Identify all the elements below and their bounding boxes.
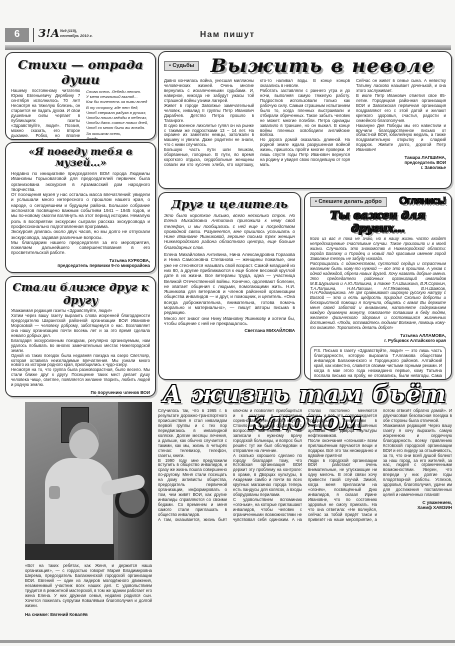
article-poems-poem: Снова осень. Лебеди летят. У меня печаль… xyxy=(84,89,150,140)
article-closer-signature: По поручению членов ВОИ Шарангской район… xyxy=(11,390,150,397)
photo-tattoo xyxy=(49,486,60,499)
article-healer-title: Друг и целитель xyxy=(164,197,295,211)
header-rule xyxy=(5,45,451,50)
article-lookback-body: Кого из вас я пока не знаю, но в нашу жи… xyxy=(310,237,446,331)
section-title: Нам пишут xyxy=(0,29,455,39)
article-closer-title: Стали ближе друг к другу xyxy=(11,281,150,307)
article-healer-lead: Это было короткое письмо, всего нескольк… xyxy=(164,213,295,250)
article-life-signature: С уважением, Ханиф ХАМЗИН xyxy=(383,500,452,510)
article-poems-body: Нашему постоянному читателю Юрию Евгенье… xyxy=(11,89,80,140)
article-poems: Стихи — отрада души Нашему постоянному ч… xyxy=(5,52,156,140)
article-life: Случилось так, что в 1965 г. в результат… xyxy=(158,409,452,637)
photo-evgeniy-kovalev xyxy=(25,402,152,560)
article-closer-body: Уважаемая редакция газеты «Здравствуйте,… xyxy=(11,309,150,388)
rubric-sudby: • Судьбы xyxy=(164,61,199,71)
article-museum-title: «Я поведу тебя в музей…» xyxy=(11,147,150,169)
photo-man-head xyxy=(69,422,99,459)
article-survive: • Судьбы Выжить в неволе Давно кончилась… xyxy=(158,51,452,189)
article-survive-signature: Тамара ЛАПШИНА, председатель ВОИ г. Заво… xyxy=(356,155,446,170)
article-healer-signature: Светлана МИХАЙЛОВА xyxy=(164,328,295,333)
article-lookback: • Спешите делать добро Оглянись! Ты важе… xyxy=(304,192,452,380)
article-lookback-postscript: P.S. Письмо в газету «Здравствуйте, люди… xyxy=(310,346,446,380)
rubric-dobro: • Спешите делать добро xyxy=(310,197,387,207)
photo-caption-credit: На снимке: Евгений Ковалёв xyxy=(25,612,152,617)
article-museum: «Я поведу тебя в музей…» Недавно по иниц… xyxy=(5,142,156,273)
article-museum-body: Недавно по инициативе председателя ВОИ г… xyxy=(11,171,150,256)
article-healer-body: Елена Михайловна Антипина, Нина Александ… xyxy=(164,252,295,326)
article-poems-title: Стихи — отрада души xyxy=(11,57,150,87)
article-healer: Друг и целитель Это было короткое письмо… xyxy=(158,192,301,380)
article-museum-signature: Татьяна КУРКОВА, председатель первички 9… xyxy=(11,258,150,268)
footer-rule xyxy=(0,640,455,643)
article-lookback-signature: Татьяна АЛЛАМОВА, г. Рубцовск Алтайского… xyxy=(310,333,446,343)
article-survive-title: Выжить в неволе xyxy=(199,55,446,77)
newspaper-page: { "header": { "page_number": "6", "logo"… xyxy=(0,0,455,646)
photo-caption: «Вот на таких ребятах, как Женя, и держи… xyxy=(25,564,152,609)
photo-man-torso xyxy=(45,458,113,548)
article-lookback-title-1: Оглянись! xyxy=(387,196,446,207)
photo-man-legs xyxy=(25,544,114,560)
article-lookback-title-2: Ты важен для других… xyxy=(310,209,446,235)
article-closer: Стали ближе друг к другу Уважаемая редак… xyxy=(5,276,156,397)
